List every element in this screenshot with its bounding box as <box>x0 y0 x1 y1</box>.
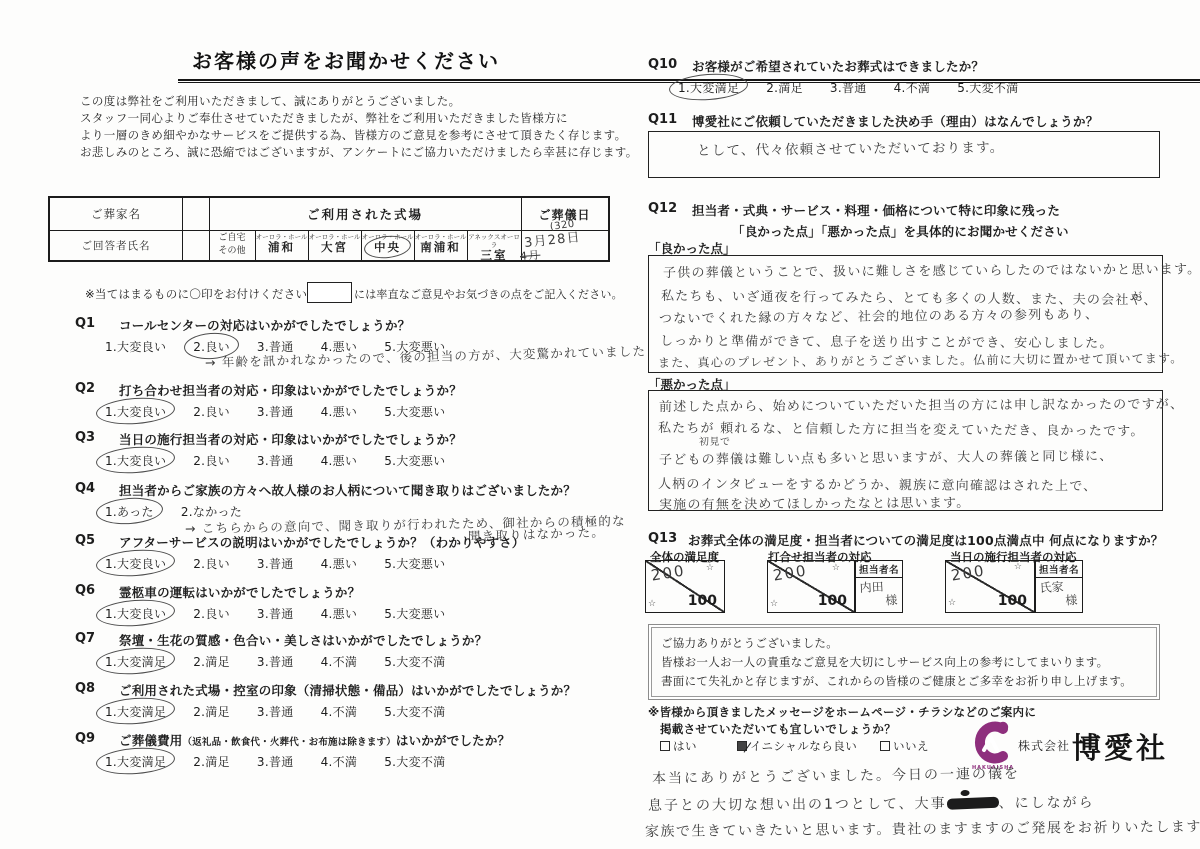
option: 4.不満 <box>894 79 931 96</box>
thanks-box: ご協力ありがとうございました。 皆様お一人お一人の貴重なご意見を大切にしサービス… <box>648 624 1160 700</box>
option-selected: 1.大変良い <box>105 555 166 572</box>
handwritten-line: 前述した点から、始めについていただいた担当の方には申し訳なかったのですが、 <box>659 393 1184 415</box>
consent-option-label: いいえ <box>893 739 929 753</box>
star-scribble: ☆ <box>1014 562 1022 572</box>
handwritten-score: 200 <box>950 561 987 584</box>
option: 1.大変良い <box>105 338 166 355</box>
info-table: ご葬家名 ご回答者氏名 ご利用された式場 ご葬儀日 ご自宅 その他 オーロラ・ホ… <box>48 196 610 262</box>
scanned-survey-page: { "header": { "title": "お客様の声をお聞かせください",… <box>0 0 1200 849</box>
closing-handwritten-line1: 本当にありがとうございました。今日の一連の儀を <box>652 763 1020 788</box>
score-max: 100 <box>688 593 717 609</box>
option: 4.悪い <box>321 452 358 469</box>
family-name-label: ご葬家名 <box>50 198 182 230</box>
star-scribble: ☆ <box>832 563 840 573</box>
option: 4.悪い <box>321 403 358 420</box>
closing-handwritten-line3: 家族で生きていきたいと思います。貴社のますますのご発展をお祈りいたします。 <box>645 816 1200 841</box>
closing-handwritten-line2: 息子との大切な想い出の1つとして、大事、にしながら <box>648 792 1095 815</box>
staff-name-label: 担当者名 <box>856 561 902 578</box>
option: 3.普通 <box>257 605 294 622</box>
option: 5.大変悪い <box>384 605 445 622</box>
handwritten-line: しっかりと準備ができて、息子を送り出すことができ、安心しました。 <box>660 330 1114 351</box>
staff-name-main: 氏家 <box>1039 580 1064 595</box>
question-title: 当日の施行担当者の対応・印象はいかがでしたでしょうか？ <box>119 430 462 448</box>
option: 3.普通 <box>830 79 867 96</box>
redaction-scribble <box>946 797 998 810</box>
option: 3.普通 <box>257 403 294 420</box>
option: 2.良い <box>193 555 230 572</box>
question-number: Q9 <box>75 731 95 746</box>
option-selected: 1.大変良い <box>105 403 166 420</box>
star-scribble: ☆ <box>948 598 956 608</box>
option: 4.悪い <box>321 605 358 622</box>
intro-line: お悲しみのところ、誠に恐縮ではございますが、アンケートにご協力いただけましたら幸… <box>80 144 638 161</box>
thanks-line: 皆様お一人お一人の貴重なご意見を大切にしサービス向上の参考にしてまいります。 <box>661 653 1147 672</box>
option: 5.大変悪い <box>384 555 445 572</box>
company-name: 博愛社 <box>1072 726 1168 767</box>
option: 4.悪い <box>321 555 358 572</box>
question-title: 博愛社にご依頼していただきました決め手（理由）はなんでしょうか？ <box>692 112 1098 130</box>
options-row: 1.大変良い 2.良い 3.普通 4.悪い 5.大変悪い <box>105 605 472 622</box>
venue-cell-chuo-circled: オーロラ・ホール 中央 <box>361 230 414 260</box>
question-title-note: （返礼品・飲食代・火葬代・お布施は除きます） <box>183 737 396 748</box>
option: 4.不満 <box>321 753 358 770</box>
option: 3.普通 <box>257 452 294 469</box>
venue-cell-omiya: オーロラ・ホール 大宮 <box>308 230 361 260</box>
star-scribble: ☆ <box>770 599 778 609</box>
options-row: 1.大変満足 2.満足 3.普通 4.不満 5.大変不満 <box>105 653 472 670</box>
option-selected: 1.大変満足 <box>105 753 166 770</box>
option-selected: 1.大変満足 <box>105 653 166 670</box>
instruction-left: ※当てはまるものに〇印をお付けください。 <box>85 286 319 302</box>
score-box-day: 200 ☆ ☆ 100 <box>945 560 1035 613</box>
question-title: コールセンターの対応はいかがでしたでしょうか？ <box>119 316 410 334</box>
handwritten-staff-name: 氏家様 <box>1035 577 1083 609</box>
option-selected: 1.大変良い <box>105 605 166 622</box>
handwritten-line: 実施の有無を決めてほしかったなとは思います。 <box>659 492 971 513</box>
star-scribble: ☆ <box>706 563 714 573</box>
thanks-line: ご協力ありがとうございました。 <box>661 634 1147 653</box>
options-row: 1.大変満足 2.満足 3.普通 4.不満 5.大変不満 <box>105 753 472 770</box>
option: 2.満足 <box>193 703 230 720</box>
question-title-main: ご葬儀費用 <box>119 733 183 748</box>
question-number: Q8 <box>75 681 95 696</box>
closing-line2-part-b: 、にしながら <box>999 795 1095 812</box>
question-title: お葬式全体の満足度・担当者についての満足度は100点満点中 何点になりますか？ <box>688 531 1164 549</box>
handwritten-line: また、真心のプレゼント、ありがとうございました。仏前に大切に置かせて頂いてます。 <box>658 349 1184 371</box>
consent-option-label: イニシャルなら良い <box>750 739 857 753</box>
venue-home-cell: ご自宅 その他 <box>209 230 255 260</box>
question-number: Q1 <box>75 316 95 331</box>
score-max: 100 <box>818 593 847 609</box>
venue-cell-mimuro: アネックスオーロラ 三室 <box>467 230 521 260</box>
venue-name: 三室 <box>467 249 521 262</box>
company-prefix: 株式会社 <box>1018 737 1070 754</box>
options-row: 1.大変満足 2.満足 3.普通 4.不満 5.大変不満 <box>678 79 1045 96</box>
comment-box-sample <box>307 282 352 303</box>
consent-option-initial: イニシャルなら良い <box>737 738 857 754</box>
options-row: 1.大変良い 2.良い 3.普通 4.悪い 5.大変悪い <box>105 403 472 420</box>
question-title-suffix: はいかがでしたか？ <box>396 733 510 748</box>
option: 5.大変不満 <box>957 79 1018 96</box>
question-number: Q4 <box>75 481 95 496</box>
option: 2.満足 <box>766 79 803 96</box>
consent-line1: ※皆様から頂きましたメッセージをホームページ・チラシなどのご案内に <box>648 704 1036 720</box>
date-struck-out: 4月 <box>519 247 540 264</box>
option: 2.良い <box>193 452 230 469</box>
venue-name: 浦和 <box>255 241 308 254</box>
q11-answer-box: として、代々依頼させていただいております。 <box>648 131 1160 178</box>
score-max: 100 <box>998 593 1027 609</box>
venue-name: 南浦和 <box>414 241 467 254</box>
intro-line: スタッフ一同心よりご奉仕させていただきましたが、弊社をご利用いただきました皆様方… <box>80 110 638 127</box>
option: 5.大変悪い <box>384 452 445 469</box>
question-number: Q5 <box>75 533 95 548</box>
option: 5.大変不満 <box>384 753 445 770</box>
intro-paragraph: この度は弊社をご利用いただきまして、誠にありがとうございました。 スタッフ一同心… <box>80 93 638 161</box>
consent-option-yes: はい <box>660 738 697 754</box>
question-number: Q11 <box>648 112 677 127</box>
option-selected: 1.大変満足 <box>105 703 166 720</box>
venue-cell-minamiurawa: オーロラ・ホール 南浦和 <box>414 230 467 260</box>
handwritten-line: 人柄のインタビューをするかどうか、親族に意向確認はされた上で、 <box>658 473 1098 494</box>
option: 2.良い <box>193 403 230 420</box>
hakuaisha-logo-icon <box>970 720 1012 764</box>
page-title: お客様の声をお聞かせください <box>178 45 1200 81</box>
staff-name-suffix: 様 <box>860 593 900 609</box>
question-number: Q3 <box>75 430 95 445</box>
staff-name-main: 内田 <box>859 580 884 595</box>
intro-line: より一層のきめ細やかなサービスをご提供する為、皆様方のご意見を参考にさせて頂きた… <box>80 127 638 144</box>
option: 4.不満 <box>321 703 358 720</box>
venue-brand: オーロラ・ホール <box>361 233 414 241</box>
option: 3.普通 <box>257 753 294 770</box>
closing-line2-part-a: 息子との大切な想い出の1つとして、大事 <box>648 796 947 814</box>
option: 5.大変不満 <box>384 653 445 670</box>
question-title: ご利用された式場・控室の印象（清掃状態・備品）はいかがでしたでしょうか？ <box>119 681 576 699</box>
question-number: Q10 <box>648 57 677 72</box>
handwritten-staff-name: 内田様 <box>855 577 903 609</box>
q11-handwritten-answer: として、代々依頼させていただいております。 <box>697 136 1005 159</box>
option: 5.大変悪い <box>384 403 445 420</box>
question-title: 打ち合わせ担当者の対応・印象はいかがでしたでしょうか？ <box>119 381 462 399</box>
staff-name-label: 担当者名 <box>1036 561 1082 578</box>
venue-home-line2: その他 <box>209 245 255 258</box>
options-row: 1.大変良い 2.良い 3.普通 4.悪い 5.大変悪い <box>105 555 472 572</box>
consent-option-no: いいえ <box>880 738 929 754</box>
question-title: 担当者からご家族の方々へ故人様のお人柄について聞き取りはございましたか？ <box>119 481 576 499</box>
venue-brand: アネックスオーロラ <box>467 233 521 249</box>
option-selected: 1.あった <box>105 503 154 520</box>
options-row: 1.大変良い 2.良い 3.普通 4.悪い 5.大変悪い <box>105 452 472 469</box>
question-title: 霊柩車の運転はいかがでしたでしょうか？ <box>119 583 360 601</box>
question-number: Q7 <box>75 631 95 646</box>
option-selected: 1.大変良い <box>105 452 166 469</box>
venue-cell-urawa: オーロラ・ホール 浦和 <box>255 230 308 260</box>
instruction-right: には率直なご意見やお気づきの点をご記入ください。 <box>354 286 623 302</box>
staff-name-box-meeting: 担当者名 内田様 <box>855 560 903 613</box>
intro-line: この度は弊社をご利用いただきまして、誠にありがとうございました。 <box>80 93 638 110</box>
checkbox-checked <box>737 741 747 751</box>
venue-home-line1: ご自宅 <box>209 232 255 245</box>
handwritten-line: 子供の葬儀ということで、扱いに難しさを感じていらしたのではないかと思います。 <box>663 258 1200 281</box>
star-scribble: ☆ <box>648 599 656 609</box>
venue-name: 大宮 <box>308 241 361 254</box>
option: 2.満足 <box>193 753 230 770</box>
option: 2.満足 <box>193 653 230 670</box>
checkbox-unchecked <box>660 741 670 751</box>
handwritten-line: 子どもの葬儀は難しい点も多いと思いますが、大人の葬儀と同じ様に、 <box>659 445 1114 468</box>
score-box-meeting: 200 ☆ ☆ 100 <box>767 560 855 613</box>
thanks-line: 書面にて失礼かと存じますが、これからの皆様のご健康とご多幸をお祈り申し上げます。 <box>661 672 1147 691</box>
handwritten-insertion: 初見で <box>699 433 731 448</box>
respondent-name-label: ご回答者氏名 <box>50 230 182 260</box>
option: 2.良い <box>193 605 230 622</box>
checkbox-unchecked <box>880 741 890 751</box>
question-title: ご葬儀費用（返礼品・飲食代・火葬代・お布施は除きます）はいかがでしたか？ <box>119 731 510 749</box>
question-title: アフターサービスの説明はいかがでしたでしょうか？（わかりやすさ） <box>119 533 525 551</box>
question-title-line2: 「良かった点」「悪かった点」を具体的にお聞かせください <box>732 222 1069 240</box>
option: 3.普通 <box>257 555 294 572</box>
option: 4.不満 <box>321 653 358 670</box>
option-selected: 1.大変満足 <box>678 79 739 96</box>
staff-name-box-day: 担当者名 氏家様 <box>1035 560 1083 613</box>
question-title: 祭壇・生花の質感・色合い・美しさはいかがでしたでしょうか？ <box>119 631 487 649</box>
consent-line2: 掲載させていただいても宜しいでしょうか？ <box>660 721 896 737</box>
venue-header: ご利用された式場 <box>209 198 521 230</box>
consent-option-label: はい <box>673 739 697 753</box>
question-title: お客様がご希望されていたお葬式はできましたか？ <box>692 57 984 75</box>
question-number: Q2 <box>75 381 95 396</box>
handwritten-score: 200 <box>772 561 809 584</box>
venue-name: 中央 <box>361 241 414 254</box>
question-number: Q13 <box>648 531 677 546</box>
question-title-line1: 担当者・式典・サービス・料理・価格について特に印象に残った <box>692 201 1060 219</box>
staff-name-suffix: 様 <box>1040 593 1080 609</box>
handwritten-margin-note: が <box>1131 288 1143 304</box>
good-points-box: 子供の葬儀ということで、扱いに難しさを感じていらしたのではないかと思います。 私… <box>648 255 1163 373</box>
handwritten-line: つないでくれた縁の方々など、社会的地位のある方々の参列もあり、 <box>659 303 1099 327</box>
option: 3.普通 <box>257 653 294 670</box>
score-box-overall: 200 ☆ ☆ 100 <box>645 560 725 613</box>
question-number: Q6 <box>75 583 95 598</box>
option: 5.大変不満 <box>384 703 445 720</box>
question-number: Q12 <box>648 201 677 216</box>
option: 3.普通 <box>257 703 294 720</box>
handwritten-score: 200 <box>650 561 687 584</box>
bad-points-box: 前述した点から、始めについていただいた担当の方には申し訳なかったのですが、 私た… <box>648 390 1163 511</box>
options-row: 1.大変満足 2.満足 3.普通 4.不満 5.大変不満 <box>105 703 472 720</box>
